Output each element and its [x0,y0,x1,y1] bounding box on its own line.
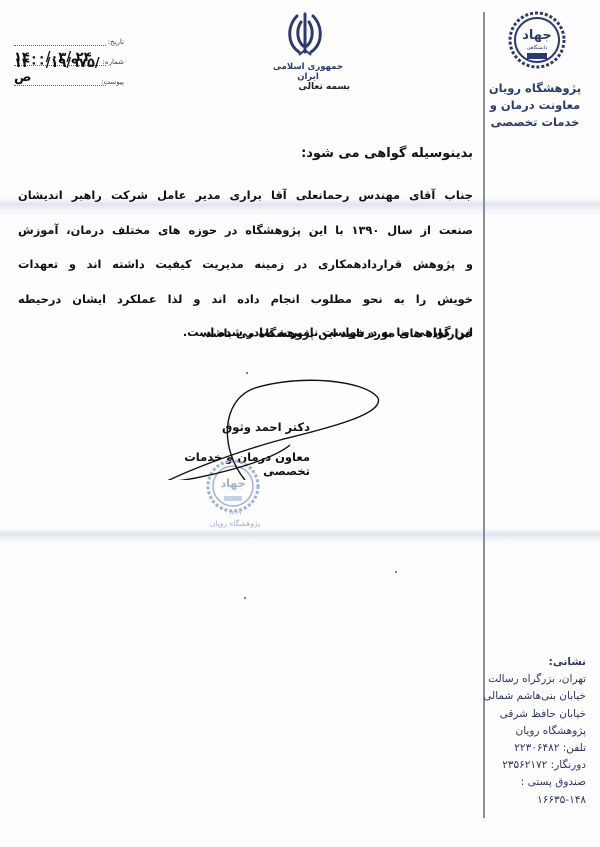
invocation: بسمه تعالی [290,82,350,92]
number-label: شماره: [106,58,124,66]
stamp-text: پژوهشگاه رویان [200,519,270,528]
body-line: و پژوهش قراردادهمکاری در زمینه مدیریت کی… [18,247,473,282]
institute-line: معاونت درمان و [480,97,590,114]
attachment-field: پیوست: ۱۴۰۰/۱۹/۹۷۵/ص [14,70,124,86]
jahad-logo-icon: جهاد دانشگاهی [507,10,567,70]
address-line: تهران، بزرگراه رسالت [466,671,586,688]
letter-closing: این گواهی بنا به درخواست نامبرده صادر شد… [18,325,473,339]
address-heading: نشانی: [466,654,586,671]
institute-name: پژوهشگاه رویان معاونت درمان و خدمات تخصص… [480,80,590,131]
country-name: جمهوری اسلامی ایران [268,62,348,82]
po-box-label: صندوق پستی : [466,774,586,791]
address-block: نشانی: تهران، بزرگراه رسالت خیابان بنی‌ه… [466,654,586,809]
po-box-value: ۱۶۶۳۵-۱۴۸ [466,792,586,809]
fax: دورنگار: ۲۳۵۶۲۱۷۲ [466,757,586,774]
paper-speck [246,372,248,374]
date-value [14,35,106,46]
stamp-year: ۱۳۶۹ [220,510,250,517]
body-line: خویش را به نحو مطلوب انجام داده اند و لذ… [18,282,473,317]
address-line: خیابان حافظ شرقی [466,706,586,723]
address-line: خیابان بنی‌هاشم شمالی [466,688,586,705]
paper-speck [244,597,246,599]
iran-emblem-icon [283,8,327,60]
handwritten-signature [160,370,380,480]
logo-subtext: دانشگاهی [527,44,548,51]
attachment-label: پیوست: [106,78,124,86]
logo-text: جهاد [522,28,552,43]
phone: تلفن: ۲۲۳۰۶۴۸۲ [466,740,586,757]
letter-meta: تاریخ: شماره: ۱۴۰۰/۰۳/ ۲۴ پیوست: ۱۴۰۰/۱۹… [14,30,124,86]
paper-speck [395,571,397,573]
paper-fold [0,528,600,546]
institute-line: پژوهشگاه رویان [480,80,590,97]
date-field: تاریخ: [14,30,124,46]
address-line: پژوهشگاه رویان [466,723,586,740]
body-line: صنعت از سال ۱۳۹۰ با این پژوهشگاه در حوزه… [18,213,473,248]
body-line: جناب آقای مهندس رحمانعلی آقا براری مدیر … [18,178,473,213]
letter-heading: بدینوسیله گواهی می شود: [18,146,473,161]
date-label: تاریخ: [106,38,124,46]
institute-line: خدمات تخصصی [480,114,590,131]
attachment-value: ۱۴۰۰/۱۹/۹۷۵/ص [14,57,106,86]
